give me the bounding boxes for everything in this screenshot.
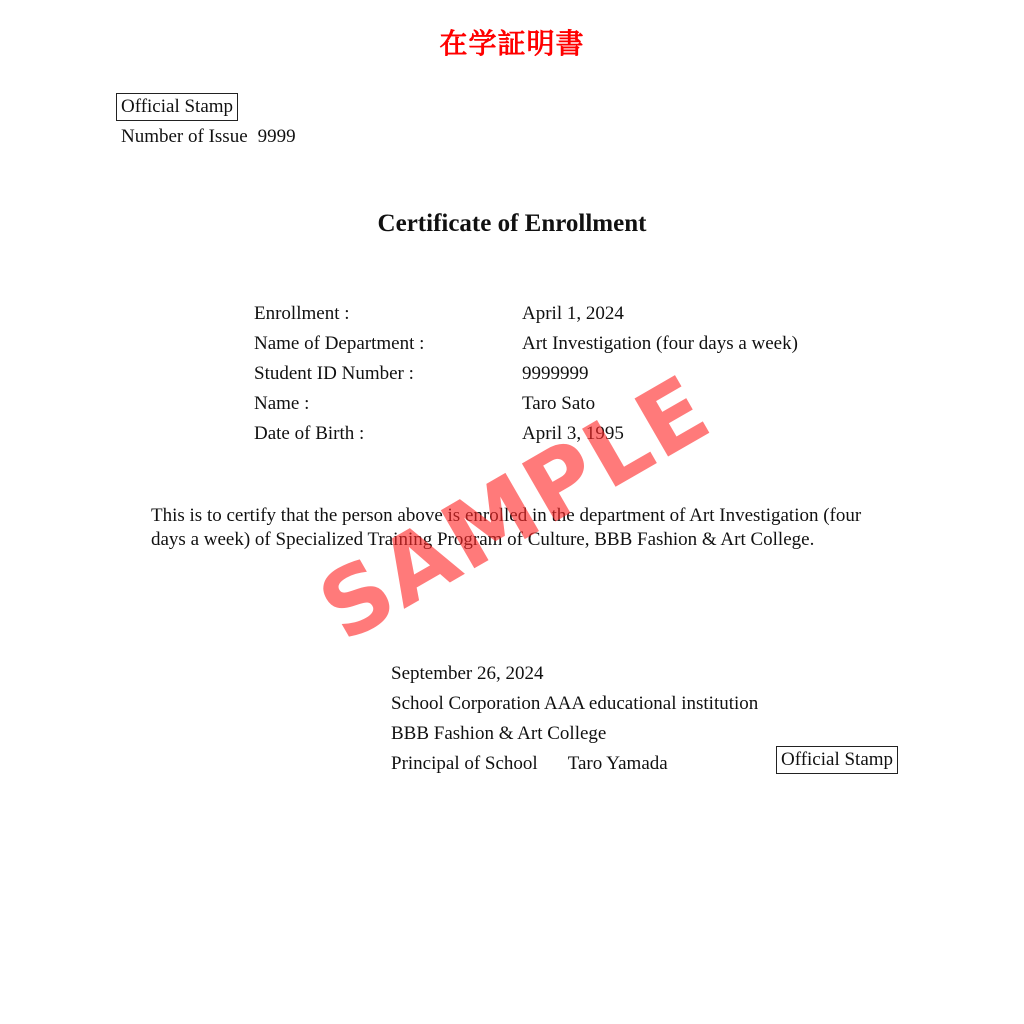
official-stamp-box-top: Official Stamp [116,93,238,121]
issue-label: Number of Issue [121,126,248,147]
field-value: 9999999 [522,360,589,388]
corporation-name: School Corporation AAA educational insti… [391,690,758,720]
field-row-name: Name : Taro Sato [254,390,854,420]
issue-date: September 26, 2024 [391,660,758,690]
issue-number-line: Number of Issue9999 [121,126,296,148]
field-label: Enrollment : [254,300,350,328]
enrollment-fields: Enrollment : April 1, 2024 Name of Depar… [254,300,854,450]
document-title: Certificate of Enrollment [0,210,1024,238]
field-row-department: Name of Department : Art Investigation (… [254,330,854,360]
field-label: Date of Birth : [254,420,364,448]
field-label: Student ID Number : [254,360,414,388]
official-stamp-box-bottom: Official Stamp [776,746,898,774]
field-label: Name of Department : [254,330,424,358]
field-label: Name : [254,390,309,418]
principal-name: Taro Yamada [568,753,668,774]
college-name: BBB Fashion & Art College [391,720,758,750]
field-value: Taro Sato [522,390,595,418]
field-value: April 3, 1995 [522,420,624,448]
japanese-title: 在学証明書 [0,22,1024,62]
field-value: Art Investigation (four days a week) [522,330,798,358]
signature-block: September 26, 2024 School Corporation AA… [391,660,758,780]
principal-title: Principal of School [391,753,538,774]
field-value: April 1, 2024 [522,300,624,328]
issue-number: 9999 [258,126,296,147]
field-row-student-id: Student ID Number : 9999999 [254,360,854,390]
principal-line: Principal of SchoolTaro Yamada [391,750,758,780]
field-row-enrollment: Enrollment : April 1, 2024 [254,300,854,330]
certification-statement: This is to certify that the person above… [151,504,871,551]
field-row-date-of-birth: Date of Birth : April 3, 1995 [254,420,854,450]
